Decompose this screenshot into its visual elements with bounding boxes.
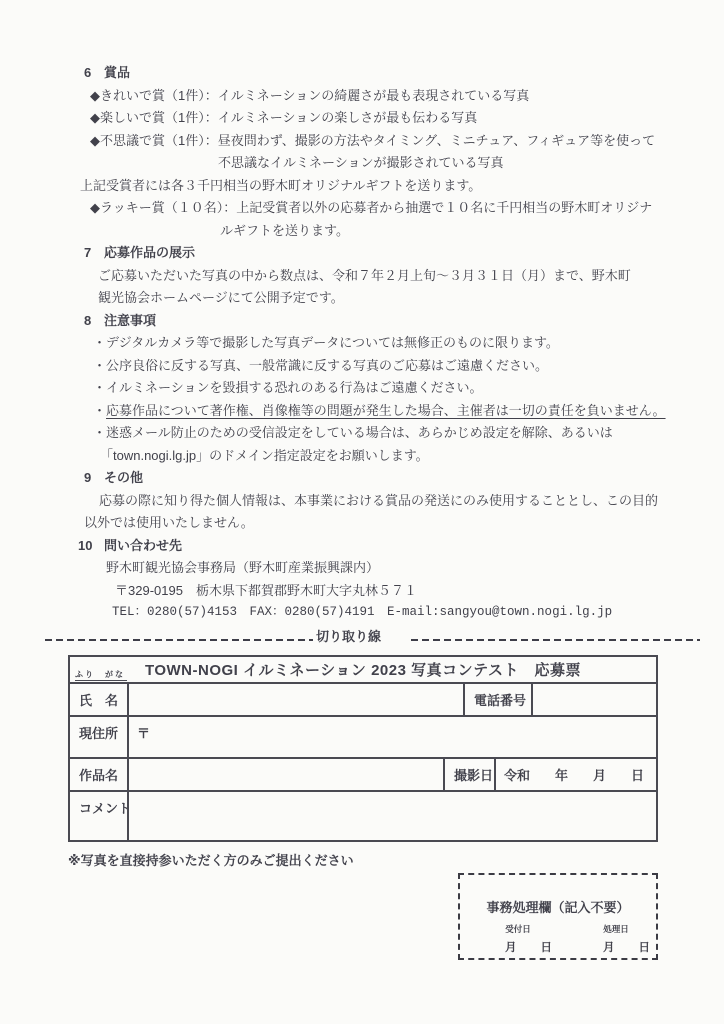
form-title: TOWN-NOGI イルミネーション 2023 写真コンテスト 応募票 [70,659,656,680]
process-date-label: 処理日 [558,923,656,935]
comment-label: コメント [70,792,127,840]
phone-field [531,684,656,715]
prize-fushigi-line-cont: 不思議なイルミネーションが撮影されている写真 [218,154,503,171]
caution-line-3: ・イルミネーションを毀損する恐れのある行為はご遠慮ください。 [93,379,482,396]
receipt-date-label: 受付日 [460,923,558,935]
section-8-heading: 8注意事項 [84,312,156,329]
work-title-field [127,759,443,790]
address-field: 〒 [127,717,656,757]
cut-line-dashes-right [411,639,700,641]
name-field [127,684,463,715]
comment-field [127,792,656,840]
section-7-title: 応募作品の展示 [104,245,195,260]
contact-office-line: 野木町観光協会事務局（野木町産業振興課内） [106,559,379,576]
prize-lucky-line-cont: ルギフトを送ります。 [220,222,349,239]
caution-line-4: ・応募作品について著作権、肖像権等の問題が発生した場合、主催者は一切の責任を負い… [93,402,666,419]
caution-line-1: ・デジタルカメラ等で撮影した写真データについては無修正のものに限ります。 [93,334,559,351]
year-label: 年 [555,765,568,784]
work-title-row: 作品名 撮影日 令和 年 月 日 [70,757,656,790]
exhibit-line-2: 観光協会ホームページにて公開予定です。 [98,289,344,306]
era-label: 令和 [504,765,530,784]
furigana-label: ふり がな [75,669,127,681]
form-title-row: TOWN-NOGI イルミネーション 2023 写真コンテスト 応募票 ふり が… [70,657,656,682]
phone-label: 電話番号 [463,684,531,715]
receipt-month-label: 月 [505,939,517,955]
comment-row: コメント [70,790,656,840]
name-label: 氏 名 [70,684,127,715]
section-7-heading: 7応募作品の展示 [84,244,195,261]
receipt-day-label: 日 [541,939,553,955]
office-use-labels-row: 受付日 処理日 [460,923,656,935]
process-month-day: 月 日 [558,939,656,955]
section-9-number: 9 [84,469,104,486]
day-label: 日 [631,765,644,784]
caution-line-4-underlined-text: 応募作品について著作権、肖像権等の問題が発生した場合、主催者は一切の責任を負いま… [106,403,666,418]
contact-tel-fax-email-line: TEL：0280(57)4153 FAX：0280(57)4191 E-mail… [112,604,612,621]
section-6-title: 賞品 [104,65,130,80]
process-month-label: 月 [603,939,615,955]
cut-line-label: 切り取り線 [316,626,381,645]
postal-mark: 〒 [129,723,150,742]
privacy-line-1: 応募の際に知り得た個人情報は、本事業における賞品の発送にのみ使用することとし、こ… [99,492,658,509]
contact-address-line: 〒329-0195 栃木県下都賀郡野木町大字丸林５７１ [115,582,417,599]
address-label: 現住所 [70,717,127,757]
section-6-heading: 6賞品 [84,64,130,81]
month-label: 月 [593,765,606,784]
shoot-date-label: 撮影日 [443,759,494,790]
prize-gift-line: 上記受賞者には各３千円相当の野木町オリジナルギフトを送ります。 [80,177,481,194]
section-8-title: 注意事項 [104,313,156,328]
section-8-number: 8 [84,312,104,329]
section-10-number: 10 [78,537,104,554]
prize-tanoshii-line: ◆楽しいで賞（1件）：イルミネーションの楽しさが最も伝わる写真 [90,109,477,126]
office-use-month-day-row: 月 日 月 日 [460,939,656,955]
prize-kirei-line: ◆きれいで賞（1件）：イルミネーションの綺麗さが最も表現されている写真 [90,87,529,104]
caution-line-5-cont: 「town.nogi.lg.jp」のドメイン指定設定をお願いします。 [100,447,429,464]
shoot-date-field: 令和 年 月 日 [494,759,656,790]
section-10-heading: 10問い合わせ先 [78,537,182,554]
cut-line: 切り取り線 [45,626,700,644]
caution-line-5: ・迷惑メール防止のための受信設定をしている場合は、あらかじめ設定を解除、あるいは [93,424,613,441]
office-use-box: 事務処理欄（記入不要） 受付日 処理日 月 日 月 日 [458,873,658,960]
process-day-label: 日 [639,939,651,955]
section-9-heading: 9その他 [84,469,143,486]
prize-lucky-line: ◆ラッキー賞（１０名）：上記受賞者以外の応募者から抽選で１０名に千円相当の野木町… [90,199,652,216]
office-use-title: 事務処理欄（記入不要） [460,897,656,916]
section-6-number: 6 [84,64,104,81]
caution-line-4-marker: ・ [93,403,106,418]
name-row: 氏 名 電話番号 [70,682,656,715]
section-9-title: その他 [104,470,143,485]
application-form-table: TOWN-NOGI イルミネーション 2023 写真コンテスト 応募票 ふり が… [68,655,658,842]
section-10-title: 問い合わせ先 [104,538,182,553]
prize-fushigi-line: ◆不思議で賞（1件）：昼夜問わず、撮影の方法やタイミング、ミニチュア、フィギュア… [90,132,655,149]
work-title-label: 作品名 [70,759,127,790]
cut-line-dashes-left [45,639,313,641]
receipt-month-day: 月 日 [460,939,558,955]
address-row: 現住所 〒 [70,715,656,757]
privacy-line-2: 以外では使用いたしません。 [84,514,254,531]
caution-line-2: ・公序良俗に反する写真、一般常識に反する写真のご応募はご遠慮ください。 [93,357,548,374]
bring-photo-note: ※写真を直接持参いただく方のみご提出ください [68,850,354,869]
scanned-document-page: 6賞品 ◆きれいで賞（1件）：イルミネーションの綺麗さが最も表現されている写真 … [0,0,724,1024]
exhibit-line-1: ご応募いただいた写真の中から数点は、令和７年２月上旬～３月３１日（月）まで、野木… [98,267,631,284]
section-7-number: 7 [84,244,104,261]
